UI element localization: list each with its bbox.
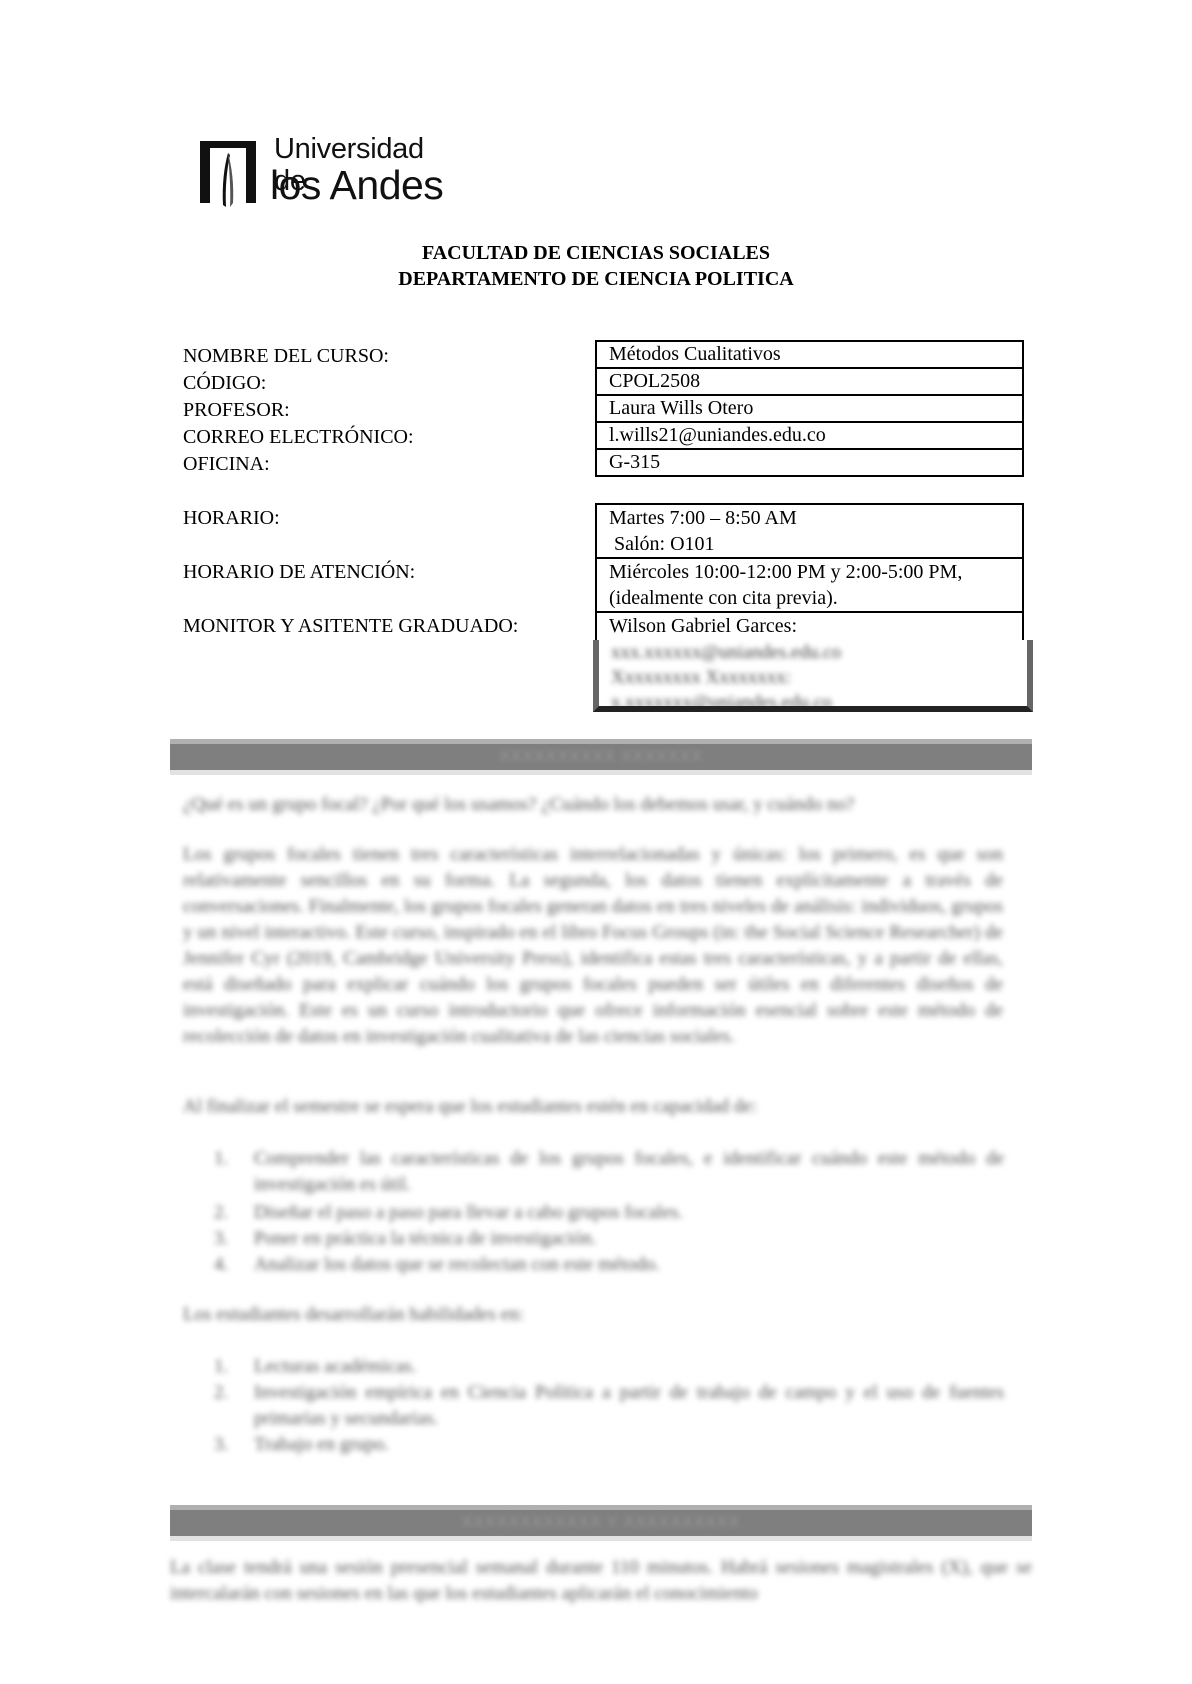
course-code-value: CPOL2508 bbox=[597, 369, 1022, 396]
section-header-description: XXXXXXXXXX XXXXXXX bbox=[170, 739, 1032, 775]
blurred-objectives-intro: Al finalizar el semestre se espera que l… bbox=[183, 1094, 1003, 1120]
label-schedule: HORARIO: bbox=[183, 505, 280, 531]
schedule-line-2: Salón: O101 bbox=[609, 531, 1010, 557]
logo-line-2: los Andes bbox=[270, 163, 443, 207]
redacted-assistant-info: xxx.xxxxxx@uniandes.edu.co Xxxxxxxxx Xxx… bbox=[593, 640, 1033, 712]
blurred-paragraph: La clase tendrá una sesión presencial se… bbox=[170, 1555, 1032, 1607]
label-course-name: NOMBRE DEL CURSO: bbox=[183, 343, 389, 369]
blurred-question: ¿Qué es un grupo focal? ¿Por qué los usa… bbox=[183, 792, 1003, 818]
label-email: CORREO ELECTRÓNICO: bbox=[183, 424, 414, 450]
label-code: CÓDIGO: bbox=[183, 370, 266, 396]
email-value: l.wills21@uniandes.edu.co bbox=[597, 423, 1022, 450]
label-assistants: MONITOR Y ASITENTE GRADUADO: bbox=[183, 613, 518, 639]
section-title: XXXXXXXXXXXX Y XXXXXXXXXX bbox=[170, 1510, 1032, 1536]
objective-item: 2.Diseñar el paso a paso para llevar a c… bbox=[254, 1200, 1004, 1226]
skill-item: 3.Trabajo en grupo. bbox=[254, 1432, 1004, 1458]
redacted-line: Xxxxxxxxx Xxxxxxxx: bbox=[599, 665, 1027, 690]
office-hours-line-2: (idealmente con cita previa). bbox=[609, 585, 1010, 611]
objective-item: 1.Comprender las características de los … bbox=[254, 1146, 1004, 1198]
university-logo: Universidad de los Andes bbox=[196, 133, 458, 213]
assistant-1-name: Wilson Gabriel Garces: bbox=[609, 613, 1010, 639]
schedule-value: Martes 7:00 – 8:50 AM Salón: O101 bbox=[597, 505, 1022, 559]
blurred-paragraph: Los grupos focales tienen tres caracterí… bbox=[183, 842, 1003, 1050]
course-info-box: Métodos Cualitativos CPOL2508 Laura Will… bbox=[595, 340, 1024, 477]
label-office: OFICINA: bbox=[183, 451, 270, 477]
office-value: G-315 bbox=[597, 450, 1022, 475]
department-heading: DEPARTAMENTO DE CIENCIA POLITICA bbox=[0, 266, 1192, 293]
university-shield-icon bbox=[196, 137, 260, 211]
blurred-skills-intro: Los estudiantes desarrollarán habilidade… bbox=[183, 1302, 603, 1328]
redacted-line: xxx.xxxxxx@uniandes.edu.co bbox=[599, 640, 1027, 665]
section-title: XXXXXXXXXX XXXXXXX bbox=[170, 744, 1032, 770]
redacted-line: x.xxxxxxx@uniandes.edu.co bbox=[599, 690, 1027, 712]
objective-item: 4.Analizar los datos que se recolectan c… bbox=[254, 1252, 1004, 1278]
objective-item: 3.Poner en práctica la técnica de invest… bbox=[254, 1226, 1004, 1252]
schedule-line-1: Martes 7:00 – 8:50 AM bbox=[609, 505, 1010, 531]
course-name-value: Métodos Cualitativos bbox=[597, 342, 1022, 369]
skill-item: 1.Lecturas académicas. bbox=[254, 1354, 1004, 1380]
skill-item: 2.Investigación empírica en Ciencia Polí… bbox=[254, 1380, 1004, 1432]
professor-value: Laura Wills Otero bbox=[597, 396, 1022, 423]
faculty-heading: FACULTAD DE CIENCIAS SOCIALES bbox=[0, 240, 1192, 267]
label-professor: PROFESOR: bbox=[183, 397, 290, 423]
office-hours-line-1: Miércoles 10:00-12:00 PM y 2:00-5:00 PM, bbox=[609, 559, 1010, 585]
label-office-hours: HORARIO DE ATENCIÓN: bbox=[183, 559, 415, 585]
section-header-methodology: XXXXXXXXXXXX Y XXXXXXXXXX bbox=[170, 1505, 1032, 1541]
office-hours-value: Miércoles 10:00-12:00 PM y 2:00-5:00 PM,… bbox=[597, 559, 1022, 613]
